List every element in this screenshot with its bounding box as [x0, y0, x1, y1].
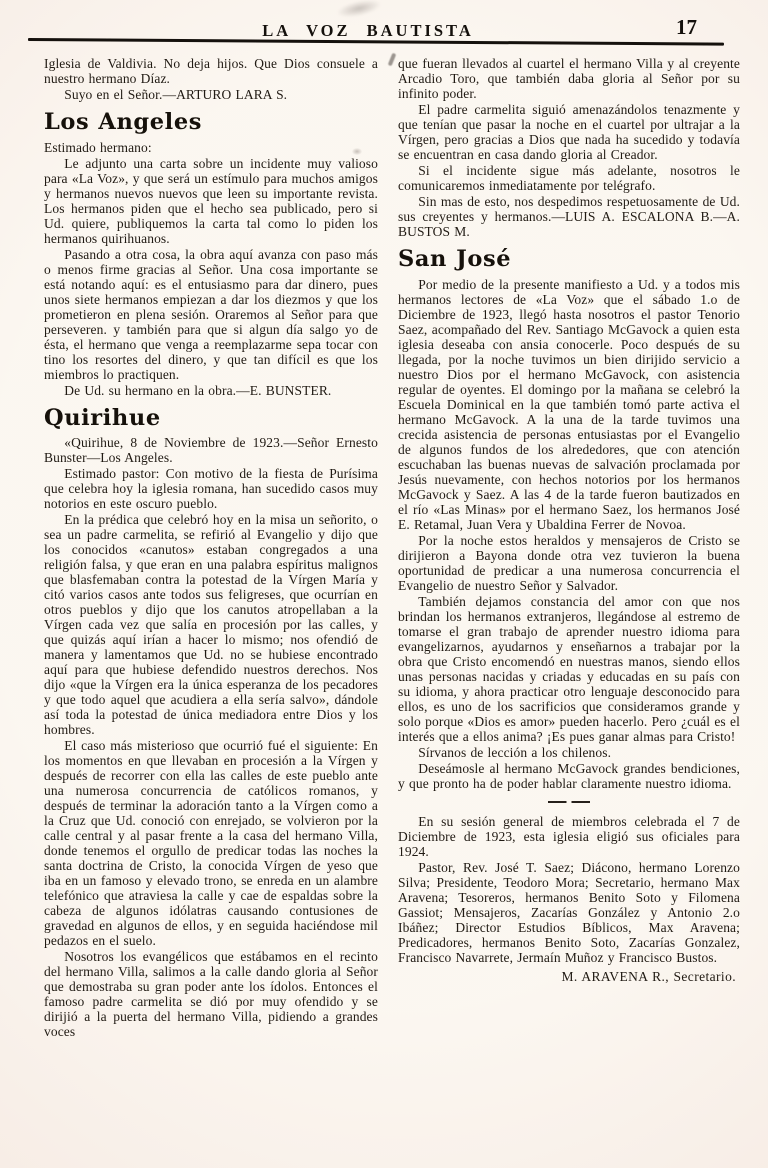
paragraph: Suyo en el Señor.—ARTURO LARA S.	[44, 87, 378, 102]
paragraph: Estimado hermano:	[44, 140, 378, 155]
paragraph: Estimado pastor: Con motivo de la fiesta…	[44, 466, 378, 511]
paragraph: Por la noche estos heraldos y mensajeros…	[398, 533, 740, 593]
scan-smudge	[335, 0, 383, 21]
page-number: 17	[676, 15, 726, 40]
paragraph: De Ud. su hermano en la obra.—E. BUNSTER…	[44, 383, 378, 398]
section-heading: San José	[398, 248, 740, 272]
section-heading: Los Angeles	[44, 111, 378, 135]
paragraph: que fueran llevados al cuartel el herman…	[398, 56, 740, 101]
paragraph: Sírvanos de lección a los chilenos.	[398, 745, 740, 760]
signature-line: M. ARAVENA R., Secretario.	[398, 969, 740, 984]
magazine-page: LA VOZ BAUTISTA 17 Iglesia de Valdivia. …	[0, 0, 768, 1168]
paragraph: En la prédica que celebró hoy en la misa…	[44, 512, 378, 737]
paragraph: Le adjunto una carta sobre un incidente …	[44, 156, 378, 246]
paragraph: Pastor, Rev. José T. Saez; Diácono, herm…	[398, 860, 740, 965]
section-divider	[548, 801, 590, 803]
paragraph: Si el incidente sigue más adelante, noso…	[398, 163, 740, 193]
section-heading: Quirihue	[44, 407, 378, 431]
paragraph: El padre carmelita siguió amenazándolos …	[398, 102, 740, 162]
paragraph: Por medio de la presente manifiesto a Ud…	[398, 277, 740, 532]
paragraph: También dejamos constancia del amor con …	[398, 594, 740, 744]
scan-smudge	[388, 53, 397, 67]
paragraph: Iglesia de Valdivia. No deja hijos. Que …	[44, 56, 378, 86]
paragraph: Sin mas de esto, nos despedimos respetuo…	[398, 194, 740, 239]
paragraph: Pasando a otra cosa, la obra aquí avanza…	[44, 247, 378, 382]
paragraph: Deseámosle al hermano McGavock grandes b…	[398, 761, 740, 791]
column-left: Iglesia de Valdivia. No deja hijos. Que …	[44, 56, 378, 1156]
column-right: que fueran llevados al cuartel el herman…	[398, 56, 740, 1156]
paragraph: «Quirihue, 8 de Noviembre de 1923.—Señor…	[44, 435, 378, 465]
paragraph: En su sesión general de miembros celebra…	[398, 814, 740, 859]
paragraph: El caso más misterioso que ocurrió fué e…	[44, 738, 378, 948]
paragraph: Nosotros los evangélicos que estábamos e…	[44, 949, 378, 1039]
